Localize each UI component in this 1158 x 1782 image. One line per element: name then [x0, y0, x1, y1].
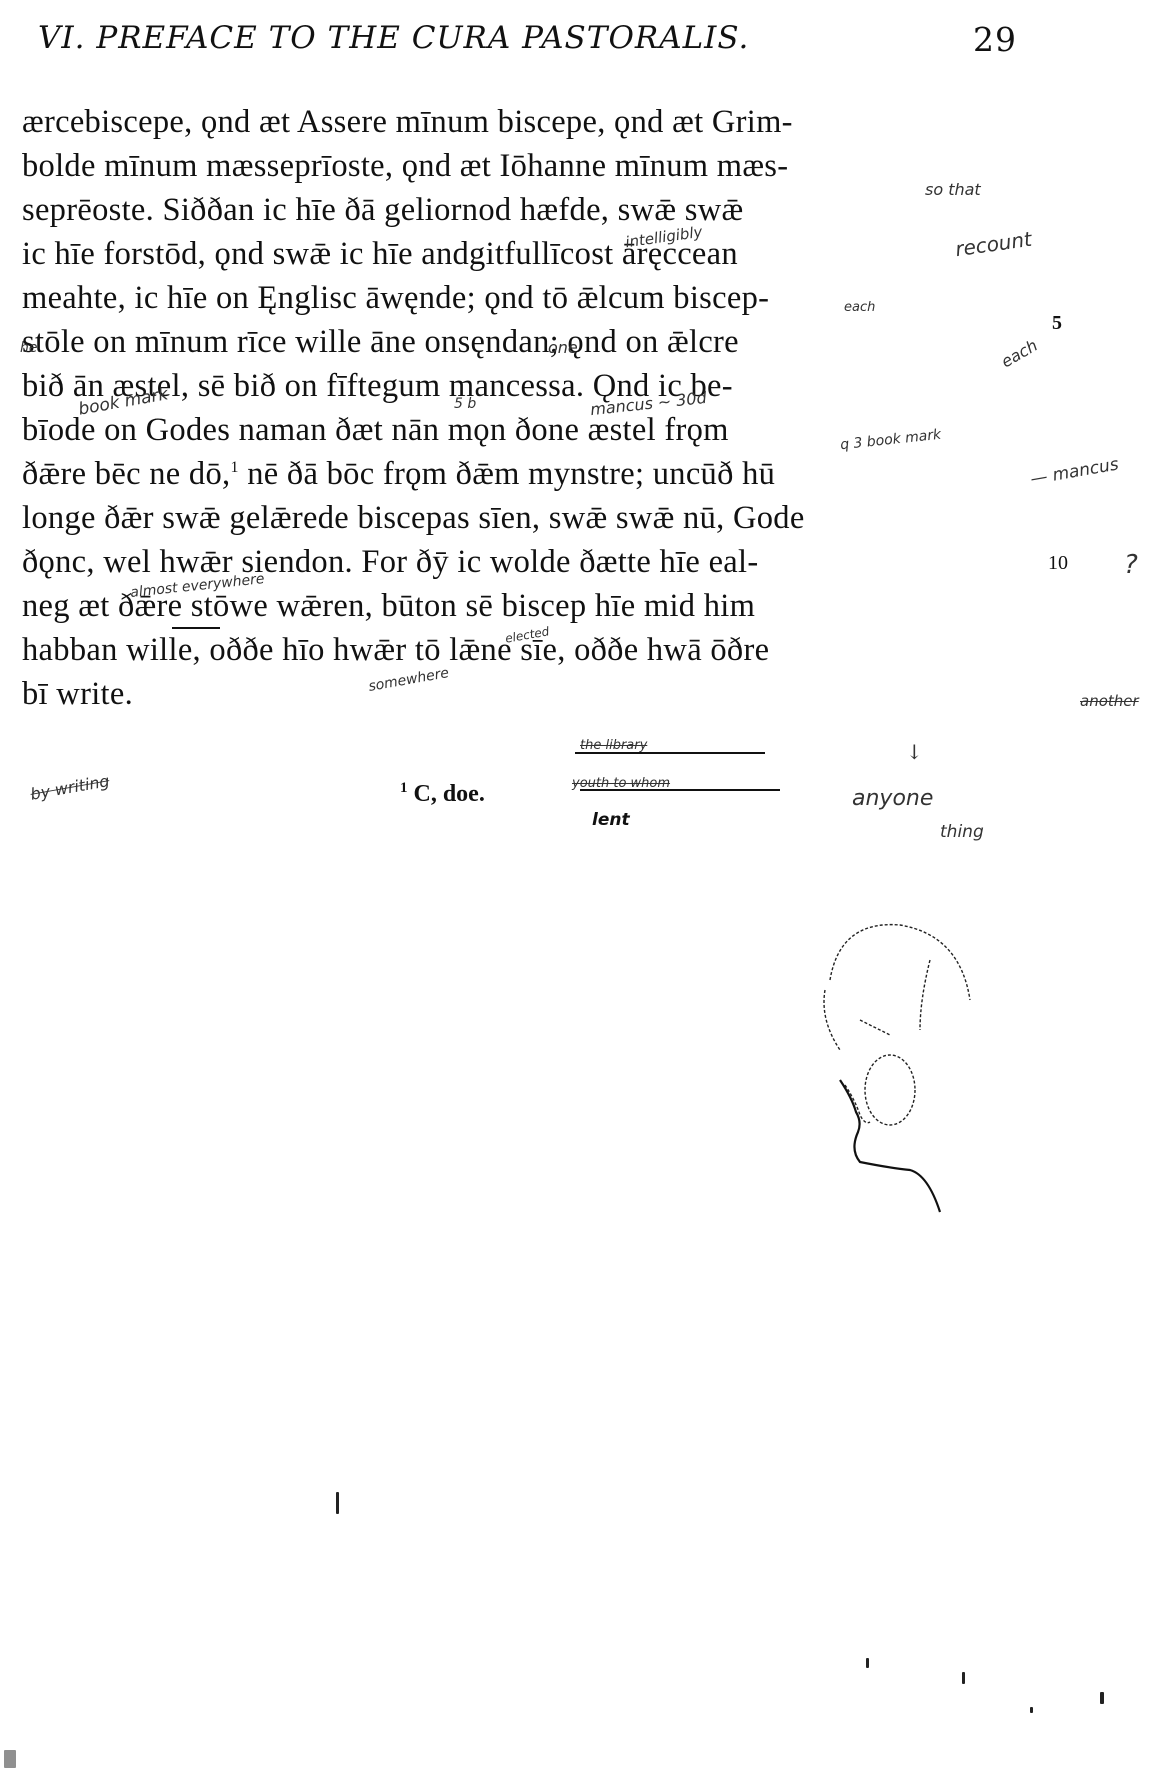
text-line: meahte, ic hīe on Ęnglisc āwęnde; ǫnd tō… — [22, 280, 769, 324]
scan-speck — [866, 1658, 869, 1668]
annotation-recount: recount — [954, 227, 1034, 261]
running-head: VI. PREFACE TO THE CURA PASTORALIS. 29 — [38, 14, 1018, 64]
underline-mark — [575, 752, 765, 754]
annotation-one: one — [548, 338, 578, 357]
scan-speck — [1100, 1692, 1104, 1704]
underline-mark — [580, 789, 780, 791]
text-line: ðǫnc, wel hwǣr siendon. For ðȳ ic wolde … — [22, 544, 758, 588]
text-line: ærcebiscepe, ǫnd æt Assere mīnum biscepe… — [22, 104, 793, 148]
text-line: ðǣre bēc ne dō,1 nē ðā bōc frǫm ðǣm myns… — [22, 456, 775, 500]
text-line: seprēoste. Siððan ic hīe ðā geliornod hæ… — [22, 192, 743, 236]
scan-speck — [962, 1672, 965, 1684]
text-line: bolde mīnum mæsseprīoste, ǫnd æt Iōhanne… — [22, 148, 788, 192]
annotation-lent: lent — [592, 810, 630, 830]
arrow-down-mark: ↓ — [906, 740, 923, 764]
annotation-book-mark-2: q 3 book mark — [839, 427, 941, 454]
text-line: stōle on mīnum rīce wille āne onsęndan; … — [22, 324, 739, 368]
annotation-thing: thing — [940, 822, 984, 842]
footnote-text: C, doe. — [414, 781, 485, 807]
text-line: longe ðǣr swǣ gelǣrede biscepas sīen, sw… — [22, 500, 805, 544]
annotation-5b: 5 b — [454, 396, 476, 412]
annotation-mancus: — mancus — [1029, 454, 1120, 489]
footnote: 1 C, doe. — [400, 780, 485, 808]
book-page: VI. PREFACE TO THE CURA PASTORALIS. 29 æ… — [0, 0, 1158, 1782]
annotation-struck-1: the library — [580, 738, 647, 753]
text-segment: nē ðā bōc frǫm ðǣm mynstre; uncūð hū — [239, 456, 775, 492]
text-segment: ðǣre bēc ne dō, — [22, 456, 230, 492]
scan-speck — [1030, 1707, 1033, 1713]
annotation-question-mark: ? — [1124, 550, 1138, 580]
line-number-5: 5 — [1052, 312, 1062, 335]
annotation-each: each — [844, 300, 875, 315]
scan-speck — [4, 1750, 16, 1768]
annotation-another: another — [1080, 692, 1139, 710]
underline-mark — [172, 627, 220, 629]
scan-speck — [336, 1492, 339, 1514]
footnote-marker: 1 — [400, 780, 408, 796]
annotation-anyone: anyone — [852, 786, 933, 811]
annotation-so-that: so that — [925, 180, 981, 199]
annotation-he: he — [20, 340, 38, 356]
chapter-title: VI. PREFACE TO THE CURA PASTORALIS. — [38, 20, 749, 56]
text-line: habban wille, oððe hīo hwǣr tō lǣne sīe,… — [22, 632, 769, 676]
text-line: bī write. — [22, 676, 133, 720]
face-sketch-icon — [770, 900, 1010, 1220]
text-line: bīode on Godes naman ðæt nān mǫn ðone æs… — [22, 412, 729, 456]
annotation-by-writing: by writing — [29, 771, 111, 804]
page-number: 29 — [973, 20, 1017, 59]
line-number-10: 10 — [1048, 552, 1068, 575]
annotation-each-2: each — [998, 336, 1041, 372]
footnote-reference[interactable]: 1 — [230, 459, 238, 476]
